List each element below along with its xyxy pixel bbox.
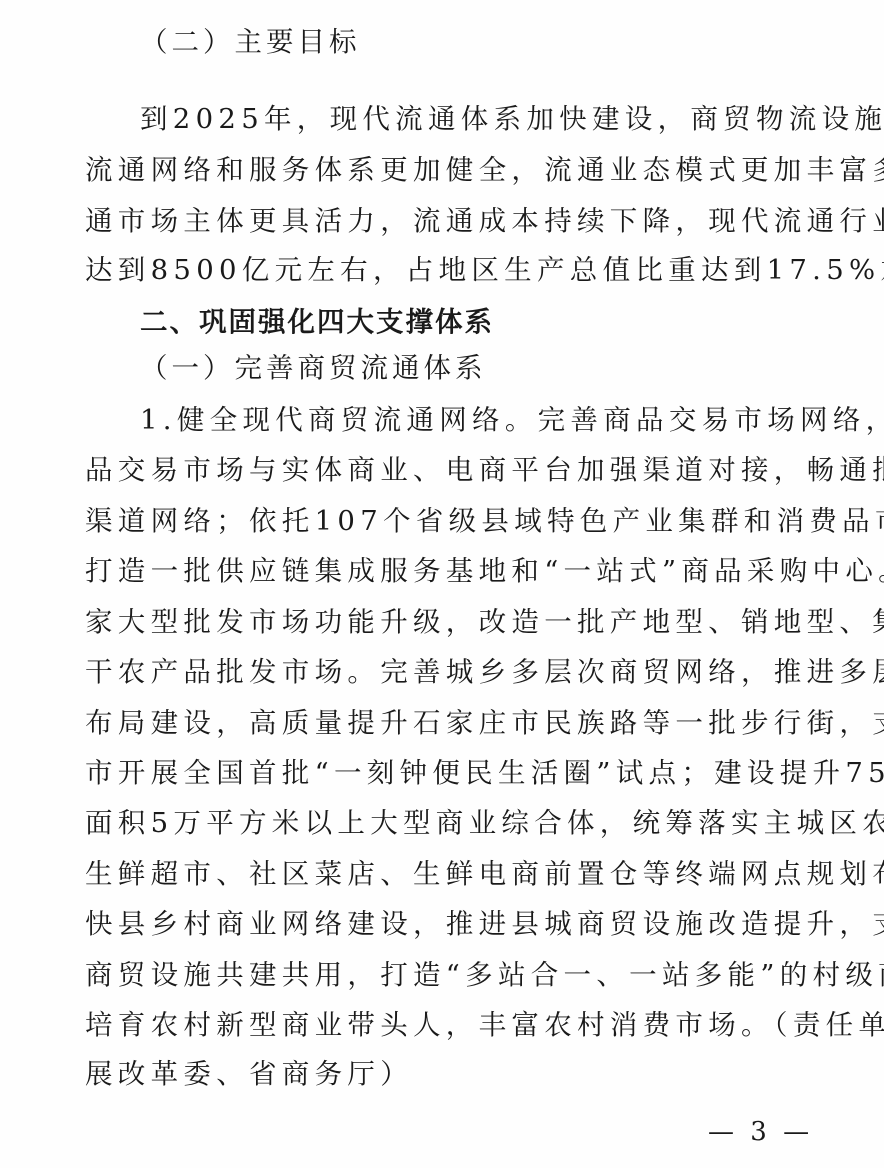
paragraph-line: 商贸设施共建共用，打造“多站合一、一站多能”的村级商业网点， [85,955,815,995]
paragraph-line: 干农产品批发市场。完善城乡多层次商贸网络，推进多层级商圈 [85,652,815,692]
paragraph-line: 培育农村新型商业带头人，丰富农村消费市场。（责任单位：省发 [85,1005,815,1045]
paragraph-line: 布局建设，高质量提升石家庄市民族路等一批步行街，支持唐山 [85,703,815,743]
paragraph-line: 达到8500亿元左右，占地区生产总值比重达到17.5%左右。 [85,250,815,290]
section-heading-main-goals: （二）主要目标 [140,22,361,62]
paragraph-line: 生鲜超市、社区菜店、生鲜电商前置仓等终端网点规划布局。加 [85,854,815,894]
paragraph-line: 打造一批供应链集成服务基地和“一站式”商品采购中心。推进50 [85,551,815,591]
paragraph-line: 展改革委、省商务厅） [85,1054,815,1094]
subsection-heading: （一）完善商贸流通体系 [140,348,487,388]
page-number: — 3 — [708,1117,813,1147]
paragraph-line: 流通网络和服务体系更加健全，流通业态模式更加丰富多元，流 [85,150,815,190]
paragraph-line: 渠道网络；依托107个省级县域特色产业集群和消费品市场集群， [85,501,815,541]
paragraph-line: 面积5万平方米以上大型商业综合体，统筹落实主城区农贸市场、 [85,803,815,843]
document-page: （二）主要目标 到2025年，现代流通体系加快建设，商贸物流设施更加完善， 流通… [0,0,884,1168]
paragraph-line: 市开展全国首批“一刻钟便民生活圈”试点；建设提升75家营业 [85,753,815,793]
paragraph-line: 快县乡村商业网络建设，推进县城商贸设施改造提升，支持乡镇 [85,904,815,944]
paragraph-line: 到2025年，现代流通体系加快建设，商贸物流设施更加完善， [140,99,815,139]
paragraph-line: 品交易市场与实体商业、电商平台加强渠道对接，畅通批发零售 [85,450,815,490]
paragraph-line: 家大型批发市场功能升级，改造一批产地型、销地型、集散型骨 [85,602,815,642]
chapter-heading: 二、巩固强化四大支撑体系 [140,302,494,342]
paragraph-line: 1.健全现代商贸流通网络。完善商品交易市场网络，鼓励商 [140,400,815,440]
paragraph-line: 通市场主体更具活力，流通成本持续下降，现代流通行业增加值 [85,201,815,241]
